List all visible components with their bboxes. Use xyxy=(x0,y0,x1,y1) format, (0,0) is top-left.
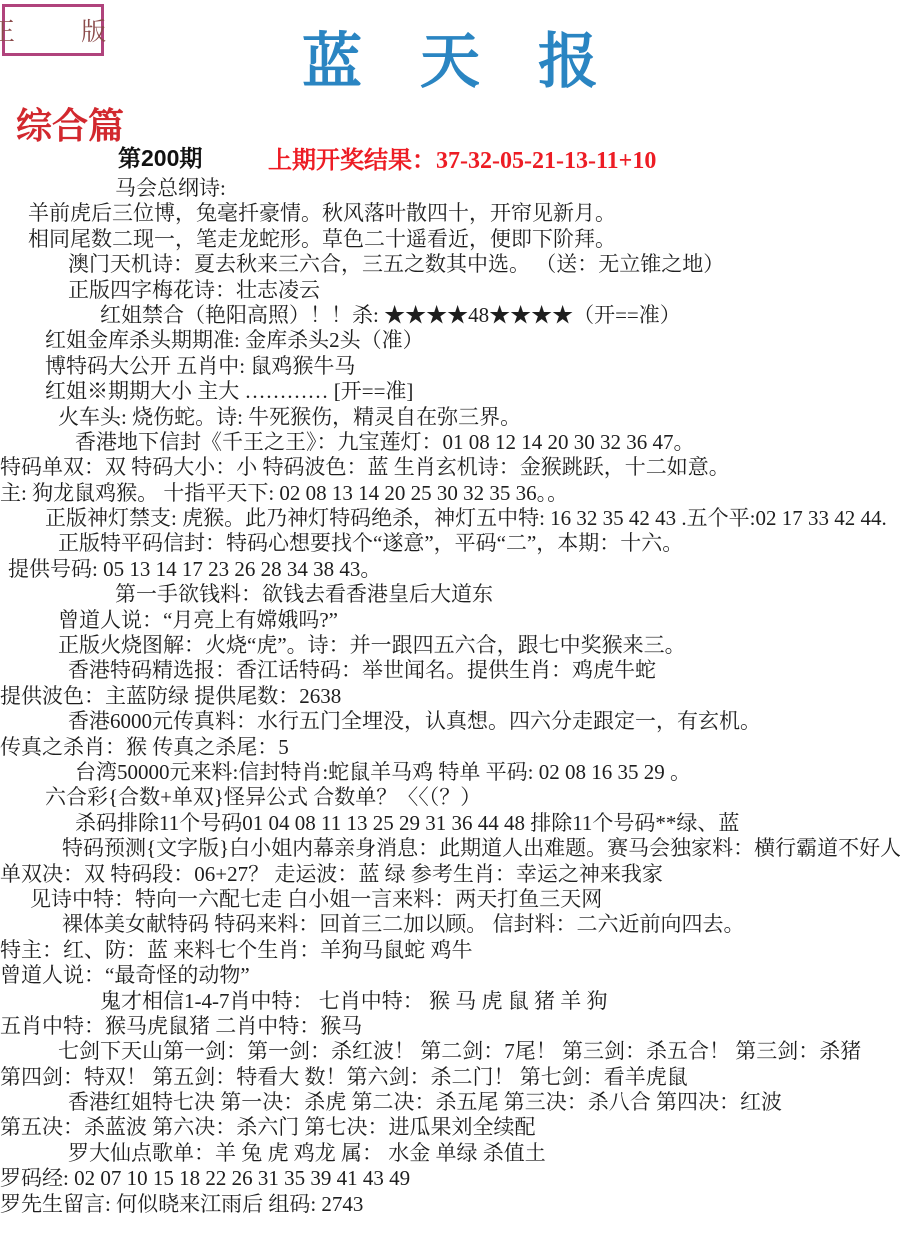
text-line: 正版火烧图解：火烧“虎”。诗：并一跟四五六合，跟七中奖猴来三。 xyxy=(0,633,900,658)
text-line: 正版特平码信封：特码心想要找个“遂意”，平码“二”，本期：十六。 xyxy=(0,531,900,556)
text-line: 羊前虎后三位博，兔毫扦豪情。秋风落叶散四十，开帘见新月。 xyxy=(0,201,900,226)
text-line: 特码单双：双 特码大小：小 特码波色：蓝 生肖玄机诗：金猴跳跃，十二如意。 xyxy=(0,455,900,480)
text-line: 五肖中特：猴马虎鼠猪 二肖中特：猴马 xyxy=(0,1014,900,1039)
body-text-block: 马会总纲诗: 羊前虎后三位博，兔毫扦豪情。秋风落叶散四十，开帘见新月。 相同尾数… xyxy=(0,176,900,1217)
text-line: 香港特码精选报：香江话特码：举世闻名。提供生肖：鸡虎牛蛇 xyxy=(0,658,900,683)
issue-row: 第200期 上期开奖结果：37-32-05-21-13-11+10 xyxy=(0,140,900,170)
text-line: 第四剑：特双！ 第五剑：特看大 数！第六剑：杀二门！ 第七剑：看羊虎鼠 xyxy=(0,1065,900,1090)
text-line: 见诗中特：特向一六配七走 白小姐一言来料：两天打鱼三天网 xyxy=(0,887,900,912)
text-line: 提供波色：主蓝防绿 提供尾数：2638 xyxy=(0,684,900,709)
text-line: 提供号码: 05 13 14 17 23 26 28 34 38 43。 xyxy=(0,557,900,582)
text-line: 台湾50000元来料:信封特肖:蛇鼠羊马鸡 特单 平码: 02 08 16 35… xyxy=(0,760,900,785)
text-line: 正版四字梅花诗：壮志凌云 xyxy=(0,278,900,303)
previous-draw-label: 上期开奖结果： xyxy=(268,148,436,174)
text-line: 香港红姐特七决 第一决：杀虎 第二决：杀五尾 第三决：杀八合 第四决：红波 xyxy=(0,1090,900,1115)
text-line: 相同尾数二现一，笔走龙蛇形。草色二十遥看近，便即下阶拜。 xyxy=(0,227,900,252)
text-line: 鬼才相信1-4-7肖中特： 七肖中特： 猴 马 虎 鼠 猪 羊 狗 xyxy=(0,989,900,1014)
text-line: 单双决：双 特码段：06+27？ 走运波：蓝 绿 参考生肖：幸运之神来我家 xyxy=(0,862,900,887)
text-line: 红姐禁合（艳阳高照）！！杀: ★★★★48★★★★（开==准） xyxy=(0,303,900,328)
text-line: 杀码排除11个号码01 04 08 11 13 25 29 31 36 44 4… xyxy=(0,811,900,836)
text-line: 曾道人说：“最奇怪的动物” xyxy=(0,963,900,988)
text-line: 澳门天机诗：夏去秋来三六合，三五之数其中选。 （送：无立锥之地） xyxy=(0,252,900,277)
text-line: 马会总纲诗: xyxy=(0,176,900,201)
text-line: 主: 狗龙鼠鸡猴。 十指平天下: 02 08 13 14 20 25 30 32… xyxy=(0,481,900,506)
text-line: 火车头: 烧伤蛇。诗: 牛死猴伤，精灵自在弥三界。 xyxy=(0,405,900,430)
text-line: 七剑下天山第一剑：第一剑：杀红波！ 第二剑：7尾！ 第三剑：杀五合！ 第三剑：杀… xyxy=(0,1039,900,1064)
page-title: 蓝天报 xyxy=(0,14,900,100)
text-line: 第一手欲钱料：欲钱去看香港皇后大道东 xyxy=(0,582,900,607)
previous-draw-result: 上期开奖结果：37-32-05-21-13-11+10 xyxy=(268,140,656,175)
text-line: 罗大仙点歌单：羊 兔 虎 鸡龙 属： 水金 单绿 杀值土 xyxy=(0,1141,900,1166)
text-line: 传真之杀肖：猴 传真之杀尾：5 xyxy=(0,735,900,760)
text-line: 第五决：杀蓝波 第六决：杀六门 第七决：进瓜果刘全续配 xyxy=(0,1115,900,1140)
text-line: 红姐金库杀头期期准: 金库杀头2头（准） xyxy=(0,328,900,353)
text-line: 罗码经: 02 07 10 15 18 22 26 31 35 39 41 43… xyxy=(0,1166,900,1191)
text-line: 特主：红、防：蓝 来料七个生肖：羊狗马鼠蛇 鸡牛 xyxy=(0,938,900,963)
text-line: 红姐※期期大小 主大 ………… [开==准] xyxy=(0,379,900,404)
text-line: 特码预测{文字版}白小姐内幕亲身消息：此期道人出难题。赛马会独家料：横行霸道不好… xyxy=(0,836,900,861)
text-line: 六合彩{合数+单双}怪异公式 合数单？〈〈（？） xyxy=(0,785,900,810)
text-line: 香港6000元传真料：水行五门全埋没，认真想。四六分走跟定一，有玄机。 xyxy=(0,709,900,734)
text-line: 裸体美女献特码 特码来料：回首三二加以顾。 信封料：二六近前向四去。 xyxy=(0,912,900,937)
newspaper-page: { "badge": "正 版", "title": "蓝天报", "secti… xyxy=(0,0,900,1243)
text-line: 博特码大公开 五肖中: 鼠鸡猴牛马 xyxy=(0,354,900,379)
text-line: 罗先生留言: 何似晓来江雨后 组码: 2743 xyxy=(0,1192,900,1217)
issue-number: 第200期 xyxy=(118,140,202,173)
text-line: 曾道人说：“月亮上有嫦娥吗?” xyxy=(0,608,900,633)
text-line: 正版神灯禁支: 虎猴。此乃神灯特码绝杀，神灯五中特: 16 32 35 42 4… xyxy=(0,506,900,531)
text-line: 香港地下信封《千王之王》：九宝莲灯：01 08 12 14 20 30 32 3… xyxy=(0,430,900,455)
previous-draw-numbers: 37-32-05-21-13-11+10 xyxy=(436,148,656,174)
